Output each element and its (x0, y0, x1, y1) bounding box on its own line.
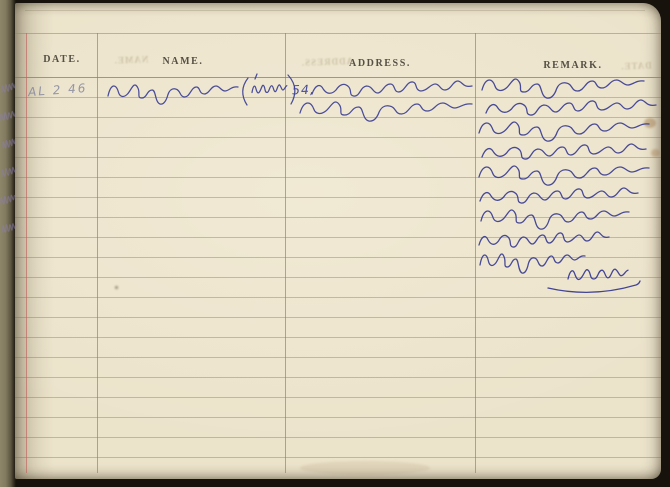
entry-address-number: 54, (292, 82, 315, 98)
date-name-divider (97, 33, 98, 473)
page-stack-edge (25, 10, 645, 11)
ruled-lines (15, 77, 661, 462)
paper-stain (651, 149, 660, 157)
register-sheet: DATE. NAME. ADDRESS. REMARK. NAME. ADDRE… (15, 3, 661, 479)
address-remark-divider (475, 33, 476, 473)
paper-stain (644, 118, 656, 128)
book-binding-gutter (0, 0, 16, 487)
paper-speck (115, 286, 118, 289)
scanned-register-page: DATE. NAME. ADDRESS. REMARK. NAME. ADDRE… (0, 0, 670, 487)
ghost-text-date: DATE. (613, 60, 659, 72)
header-top-rule (15, 33, 661, 34)
ghost-text-name: NAME. (103, 54, 159, 66)
column-header-date: DATE. (29, 54, 95, 65)
margin-rule (26, 33, 27, 473)
name-address-divider (285, 33, 286, 473)
paper-shadow-stain (300, 461, 430, 475)
